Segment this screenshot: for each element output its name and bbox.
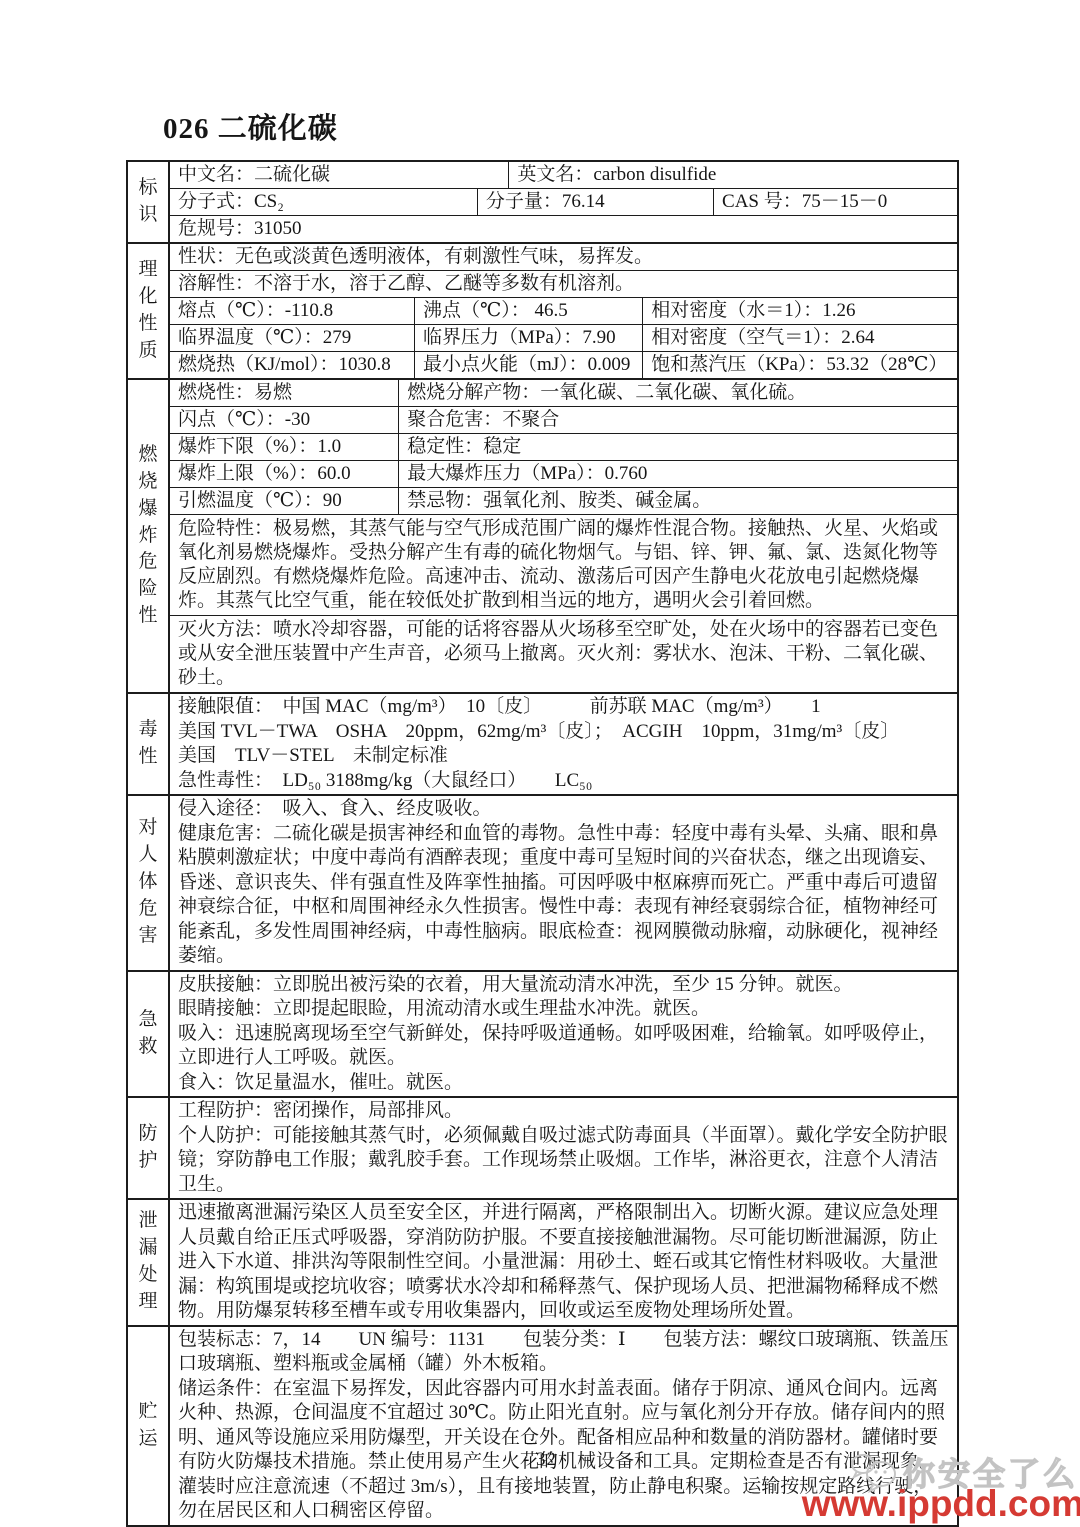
- table-row: 溶解性：不溶于水，溶于乙醇、乙醚等多数有机溶剂。: [170, 270, 957, 297]
- section-health-hazard: 对人体危害 侵入途径： 吸入、食入、经皮吸收。 健康危害：二硫化碳是损害神经和血…: [128, 794, 957, 970]
- cas-number-cell: CAS 号：75－15－0: [713, 189, 957, 215]
- table-row: 中文名：二硫化碳 英文名：carbon disulfide: [170, 162, 957, 188]
- max-explosion-pressure-cell: 最大爆炸压力（MPa）：0.760: [398, 461, 957, 487]
- density-air-cell: 相对密度（空气＝1）：2.64: [642, 325, 957, 351]
- formula-cell: 分子式：CS₂: [170, 189, 477, 215]
- health-hazard-text: 健康危害：二硫化碳是损害神经和血管的毒物。急性中毒：轻度中毒有头晕、头痛、眼和鼻…: [170, 822, 957, 969]
- table-row: 燃烧性：易燃 燃烧分解产物：一氧化碳、二氧化碳、氧化硫。: [170, 380, 957, 406]
- msds-page: 026 二硫化碳 标识 中文名：二硫化碳 英文名：carbon disulfid…: [0, 0, 1080, 1527]
- flash-point-cell: 闪点（℃）：-30: [170, 407, 398, 433]
- packaging-text: 包装标志：7，14 UN 编号：1131 包装分类：Ⅰ 包装方法：螺纹口玻璃瓶、…: [170, 1328, 957, 1377]
- acute-toxicity-line: 急性毒性： LD₅₀ 3188mg/kg（大鼠经口） LC₅₀: [170, 769, 957, 794]
- stability-cell: 稳定性：稳定: [398, 434, 957, 460]
- english-name-cell: 英文名：carbon disulfide: [508, 162, 957, 188]
- critical-pressure-cell: 临界压力（MPa）：7.90: [414, 325, 642, 351]
- explosion-upper-cell: 爆炸上限（%）：60.0: [170, 461, 398, 487]
- section-label-fire-explosion: 燃烧爆炸危险性: [128, 380, 170, 692]
- section-label-health-hazard: 对人体危害: [128, 796, 170, 970]
- table-row: 临界温度（℃）：279 临界压力（MPa）：7.90 相对密度（空气＝1）：2.…: [170, 324, 957, 351]
- combustion-products-cell: 燃烧分解产物：一氧化碳、二氧化碳、氧化硫。: [398, 380, 957, 406]
- watermark-url: www.ippdd.com: [802, 1485, 1080, 1522]
- table-row: 爆炸下限（%）：1.0 稳定性：稳定: [170, 433, 957, 460]
- table-row: 爆炸上限（%）：60.0 最大爆炸压力（MPa）：0.760: [170, 460, 957, 487]
- section-fire-explosion: 燃烧爆炸危险性 燃烧性：易燃 燃烧分解产物：一氧化碳、二氧化碳、氧化硫。 闪点（…: [128, 378, 957, 692]
- sat-vapor-pressure-cell: 饱和蒸汽压（KPa）：53.32（28℃）: [642, 352, 957, 378]
- us-stel-line: 美国 TLV－STEL 未制定标准: [170, 744, 957, 769]
- first-aid-eyes: 眼睛接触：立即提起眼睑，用流动清水或生理盐水冲洗。就医。: [170, 997, 957, 1022]
- first-aid-inhalation: 吸入：迅速脱离现场至空气新鲜处，保持呼吸道通畅。如呼吸困难，给输氧。如呼吸停止，…: [170, 1022, 957, 1071]
- density-water-cell: 相对密度（水＝1）：1.26: [642, 298, 957, 324]
- first-aid-ingestion: 食入：饮足量温水，催吐。就医。: [170, 1071, 957, 1096]
- table-row: 性状：无色或淡黄色透明液体，有刺激性气味，易挥发。: [170, 244, 957, 270]
- personal-protection-text: 个人防护：可能接触其蒸气时，必须佩戴自吸过滤式防毒面具（半面罩）。戴化学安全防护…: [170, 1124, 957, 1198]
- section-identification: 标识 中文名：二硫化碳 英文名：carbon disulfide 分子式：CS₂…: [128, 162, 957, 242]
- table-row: 引燃温度（℃）：90 禁忌物：强氧化剂、胺类、碱金属。: [170, 487, 957, 514]
- section-toxicity: 毒性 接触限值： 中国 MAC（mg/m³） 10〔皮〕 前苏联 MAC（mg/…: [128, 692, 957, 794]
- engineering-protection-line: 工程防护：密闭操作，局部排风。: [170, 1099, 957, 1124]
- section-protection: 防护 工程防护：密闭操作，局部排风。 个人防护：可能接触其蒸气时，必须佩戴自吸过…: [128, 1096, 957, 1198]
- boiling-point-cell: 沸点（℃）： 46.5: [414, 298, 642, 324]
- min-ignition-energy-cell: 最小点火能（mJ）：0.009: [414, 352, 642, 378]
- page-title: 026 二硫化碳: [163, 106, 338, 147]
- section-label-leak-handling: 泄漏处理: [128, 1200, 170, 1325]
- section-physical-properties: 理化性质 性状：无色或淡黄色透明液体，有刺激性气味，易挥发。 溶解性：不溶于水，…: [128, 242, 957, 378]
- first-aid-skin: 皮肤接触：立即脱出被污染的衣着，用大量流动清水冲洗，至少 15 分钟。就医。: [170, 973, 957, 998]
- explosion-lower-cell: 爆炸下限（%）：1.0: [170, 434, 398, 460]
- table-row: 熔点（℃）：-110.8 沸点（℃）： 46.5 相对密度（水＝1）：1.26: [170, 297, 957, 324]
- hazard-traits-cell: 危险特性：极易燃，其蒸气能与空气形成范围广阔的爆炸性混合物。接触热、火星、火焰或…: [170, 514, 957, 615]
- section-leak-handling: 泄漏处理 迅速撤离泄漏污染区人员至安全区，并进行隔离，严格限制出入。切断火源。建…: [128, 1198, 957, 1325]
- melting-point-cell: 熔点（℃）：-110.8: [170, 298, 414, 324]
- msds-table: 标识 中文名：二硫化碳 英文名：carbon disulfide 分子式：CS₂…: [126, 160, 959, 1527]
- mol-weight-cell: 分子量：76.14: [477, 189, 713, 215]
- table-row: 闪点（℃）：-30 聚合危害：不聚合: [170, 406, 957, 433]
- entry-routes-line: 侵入途径： 吸入、食入、经皮吸收。: [170, 797, 957, 822]
- section-first-aid: 急救 皮肤接触：立即脱出被污染的衣着，用大量流动清水冲洗，至少 15 分钟。就医…: [128, 970, 957, 1097]
- section-label-storage-transport: 贮运: [128, 1327, 170, 1525]
- incompatibles-cell: 禁忌物：强氧化剂、胺类、碱金属。: [398, 488, 957, 514]
- section-label-protection: 防护: [128, 1098, 170, 1198]
- watermark: 你安全了么 www.ippdd.com: [802, 1449, 1080, 1522]
- ignition-temp-cell: 引燃温度（℃）：90: [170, 488, 398, 514]
- critical-temp-cell: 临界温度（℃）：279: [170, 325, 414, 351]
- flammability-cell: 燃烧性：易燃: [170, 380, 398, 406]
- danger-code-cell: 危规号：31050: [170, 216, 957, 242]
- section-label-first-aid: 急救: [128, 972, 170, 1097]
- appearance-cell: 性状：无色或淡黄色透明液体，有刺激性气味，易挥发。: [170, 244, 957, 270]
- table-row: 危规号：31050: [170, 215, 957, 242]
- section-label-toxicity: 毒性: [128, 694, 170, 794]
- polymer-hazard-cell: 聚合危害：不聚合: [398, 407, 957, 433]
- us-twa-line: 美国 TVL－TWA OSHA 20ppm，62mg/m³〔皮〕； ACGIH …: [170, 720, 957, 745]
- section-label-identification: 标识: [128, 162, 170, 242]
- solubility-cell: 溶解性：不溶于水，溶于乙醇、乙醚等多数有机溶剂。: [170, 271, 957, 297]
- exposure-limits-line: 接触限值： 中国 MAC（mg/m³） 10〔皮〕 前苏联 MAC（mg/m³）…: [170, 695, 957, 720]
- chinese-name-cell: 中文名：二硫化碳: [170, 162, 508, 188]
- combustion-heat-cell: 燃烧热（KJ/mol）：1030.8: [170, 352, 414, 378]
- table-row: 分子式：CS₂ 分子量：76.14 CAS 号：75－15－0: [170, 188, 957, 215]
- section-label-physical: 理化性质: [128, 244, 170, 378]
- leak-handling-text: 迅速撤离泄漏污染区人员至安全区，并进行隔离，严格限制出入。切断火源。建议应急处理…: [170, 1201, 957, 1324]
- fire-fighting-cell: 灭火方法：喷水冷却容器，可能的话将容器从火场移至空旷处，处在火场中的容器若已变色…: [170, 615, 957, 692]
- table-row: 燃烧热（KJ/mol）：1030.8 最小点火能（mJ）：0.009 饱和蒸汽压…: [170, 351, 957, 378]
